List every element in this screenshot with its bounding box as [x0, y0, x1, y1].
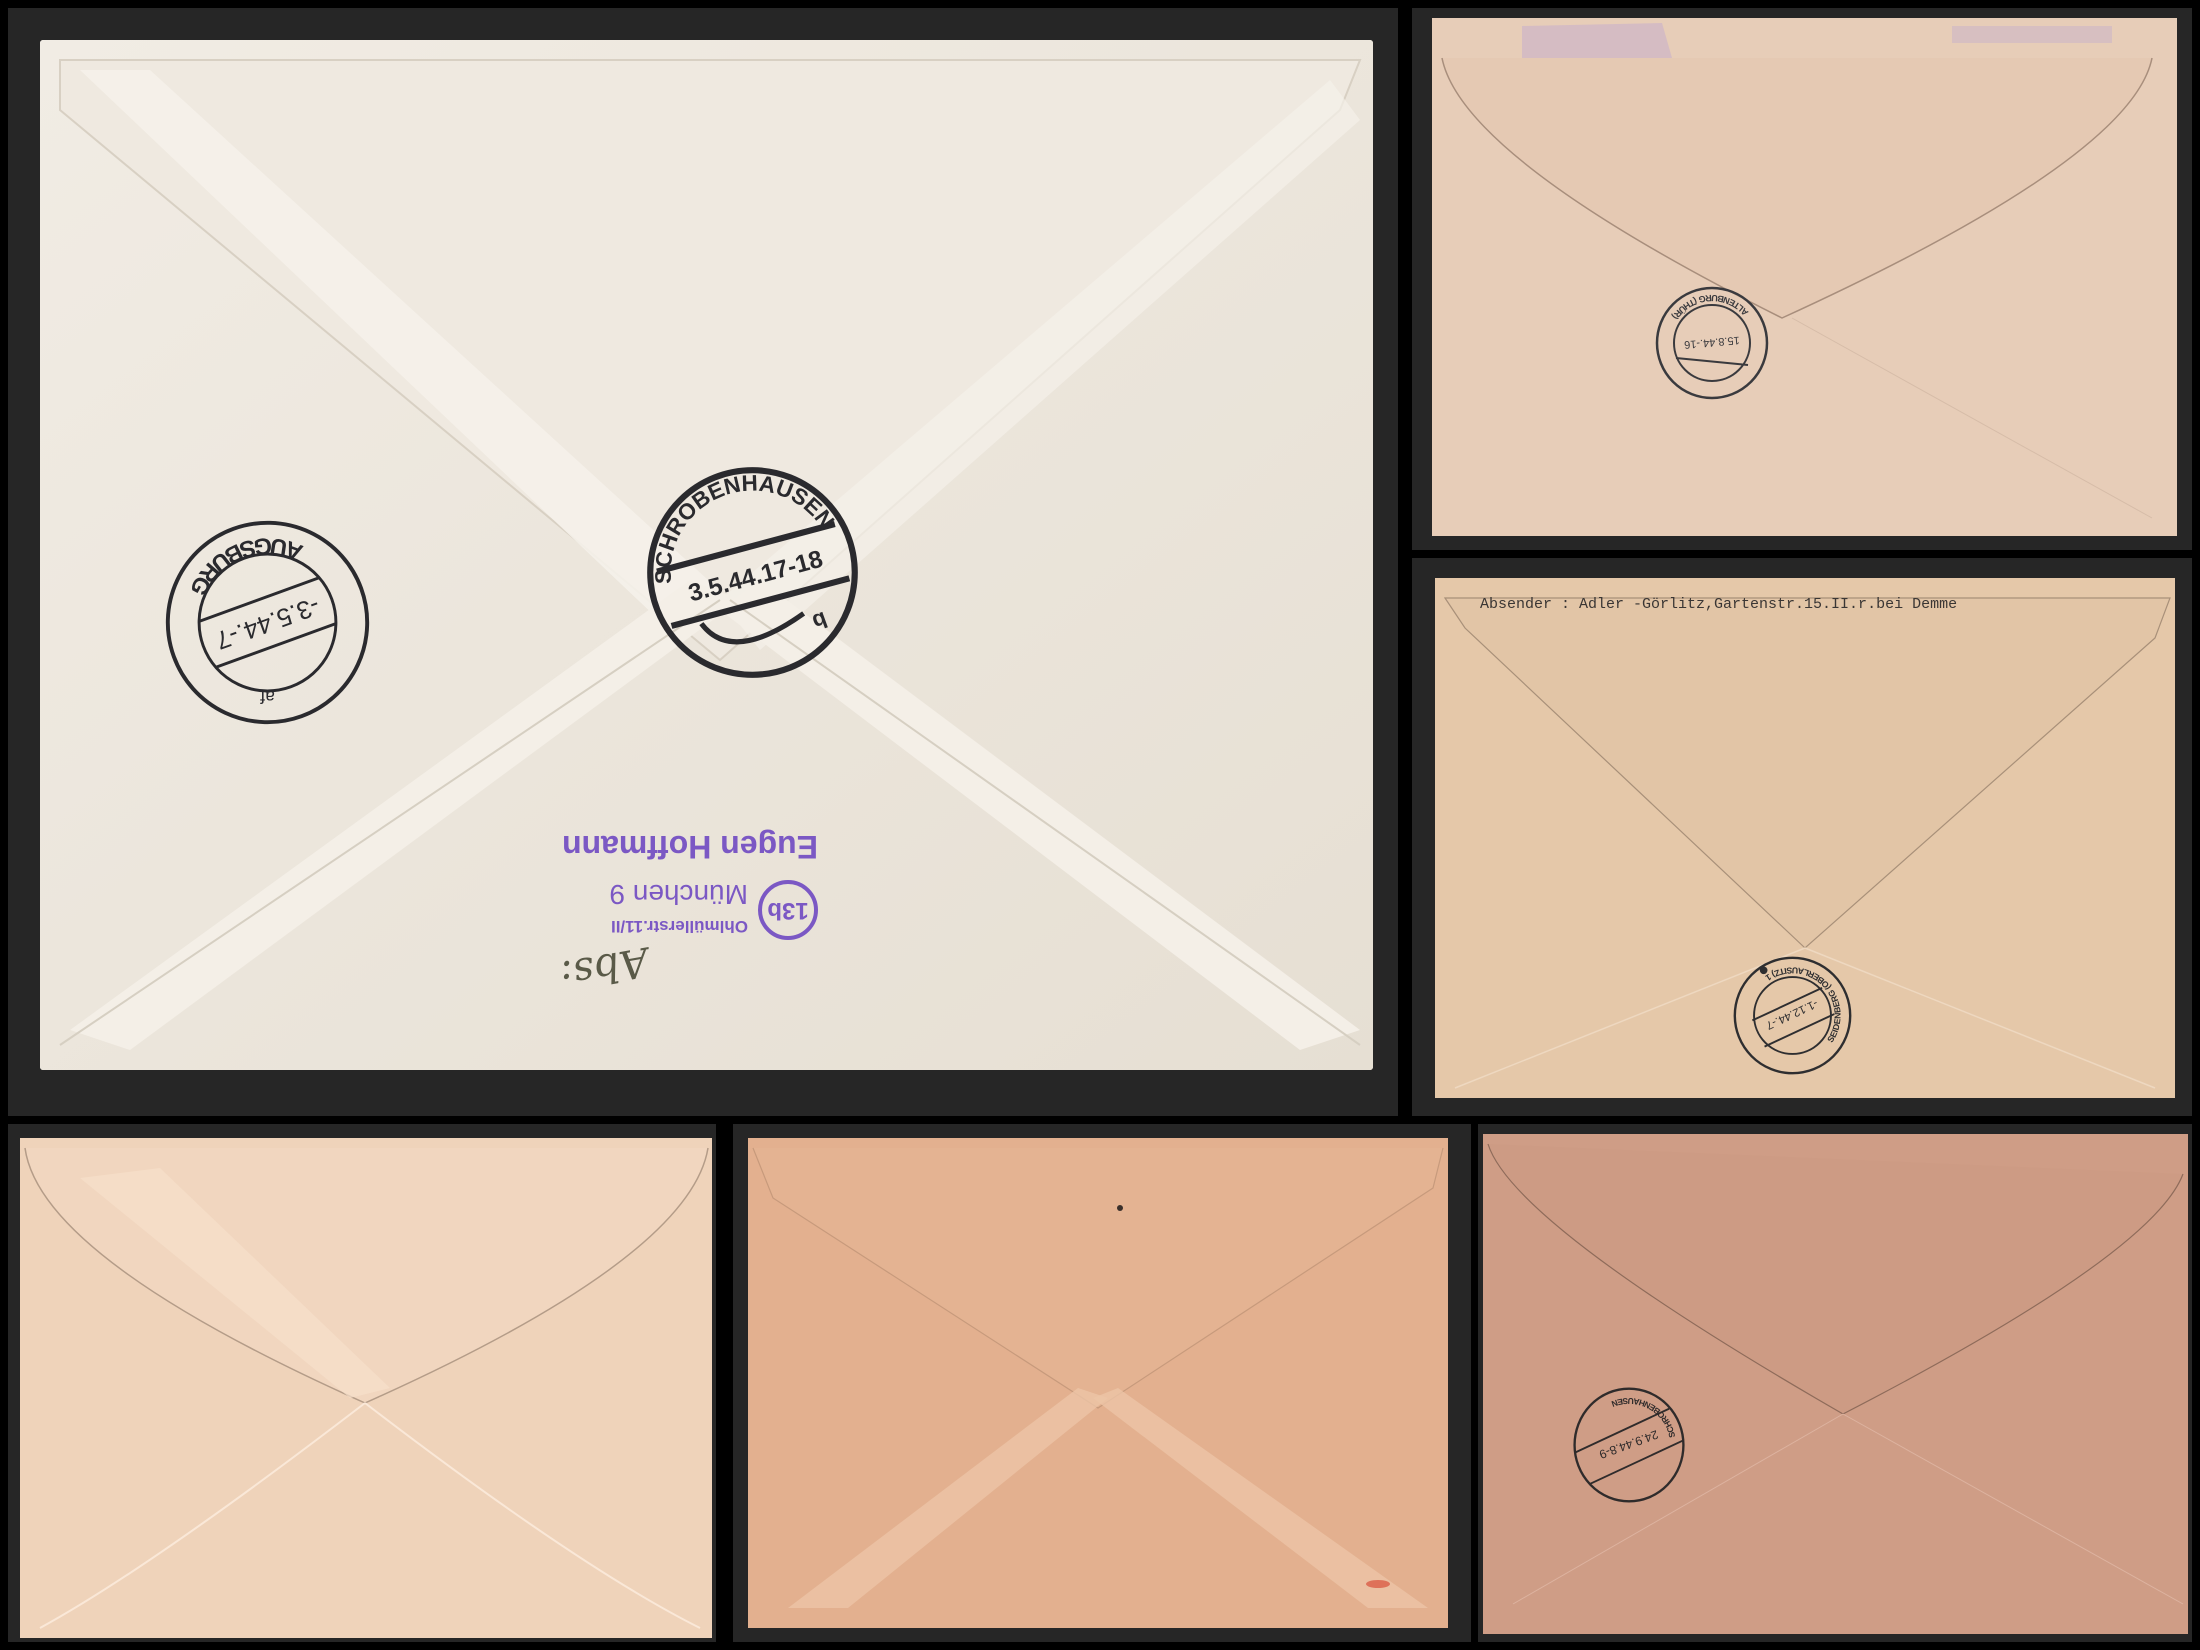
envelope-panel-6: 24.9.44.8-9 SCHROBENHAUSEN [1478, 1124, 2192, 1642]
postmark-altenburg: 15.8.44.-16 ALTENBURG (THÜR) [1652, 283, 1772, 403]
postmark-augsburg-date: -3.5.44.-7 [212, 591, 324, 654]
postmark-altenburg-date: 15.8.44.-16 [1684, 334, 1740, 351]
envelope-4-flaps [20, 1138, 712, 1638]
sender-stamp-street: Ohlmüllerstr.11/II [611, 916, 748, 936]
postmark-schrobenhausen-2: 24.9.44.8-9 SCHROBENHAUSEN [1568, 1384, 1690, 1506]
postmark-schrobenhausen-code: b [809, 607, 830, 635]
envelope-panel-4 [8, 1124, 716, 1642]
postmark-augsburg: AUGSBURG 2 -3.5.44.-7 af [160, 515, 375, 730]
postmark-schrobenhausen-date: 3.5.44.17-18 [686, 546, 826, 608]
envelope-3: Absender : Adler -Görlitz,Gartenstr.15.I… [1435, 578, 2175, 1098]
svg-text:SEIDENBERG (OBERLAUSITZ) 1: SEIDENBERG (OBERLAUSITZ) 1 [1754, 953, 1855, 1045]
envelope-1: AUGSBURG 2 -3.5.44.-7 af SCHROBENHAUSEN … [40, 40, 1373, 1070]
envelope-panel-2: 15.8.44.-16 ALTENBURG (THÜR) [1412, 8, 2192, 550]
sender-stamp-zone: 13b [758, 880, 818, 940]
envelope-2: 15.8.44.-16 ALTENBURG (THÜR) [1432, 18, 2177, 536]
postmark-schrobenhausen: SCHROBENHAUSEN 3.5.44.17-18 b [640, 460, 865, 685]
postmark-augsburg-code: af [260, 687, 275, 707]
postmark-seidenberg: -1.12.44.-7 SEIDENBERG (OBERLAUSITZ) 1 [1730, 953, 1855, 1078]
postmark-seidenberg-city: SEIDENBERG (OBERLAUSITZ) 1 [1754, 953, 1855, 1045]
envelope-6: 24.9.44.8-9 SCHROBENHAUSEN [1483, 1134, 2188, 1634]
sender-stamp-name: Eugen Hoffmann [562, 828, 818, 865]
envelope-panel-5 [733, 1124, 1471, 1642]
envelope-2-flaps [1432, 18, 2177, 536]
typed-sender-line: Absender : Adler -Görlitz,Gartenstr.15.I… [1480, 596, 1957, 613]
envelope-5-flaps [748, 1138, 1448, 1628]
envelope-4 [20, 1138, 712, 1638]
sender-stamp: 13b Ohlmüllerstr.11/II München 9 Eugen H… [558, 780, 818, 940]
envelope-5 [748, 1138, 1448, 1628]
sender-stamp-city: München 9 [609, 878, 748, 910]
envelope-panel-1: AUGSBURG 2 -3.5.44.-7 af SCHROBENHAUSEN … [8, 8, 1398, 1116]
envelope-panel-3: Absender : Adler -Görlitz,Gartenstr.15.I… [1412, 558, 2192, 1116]
